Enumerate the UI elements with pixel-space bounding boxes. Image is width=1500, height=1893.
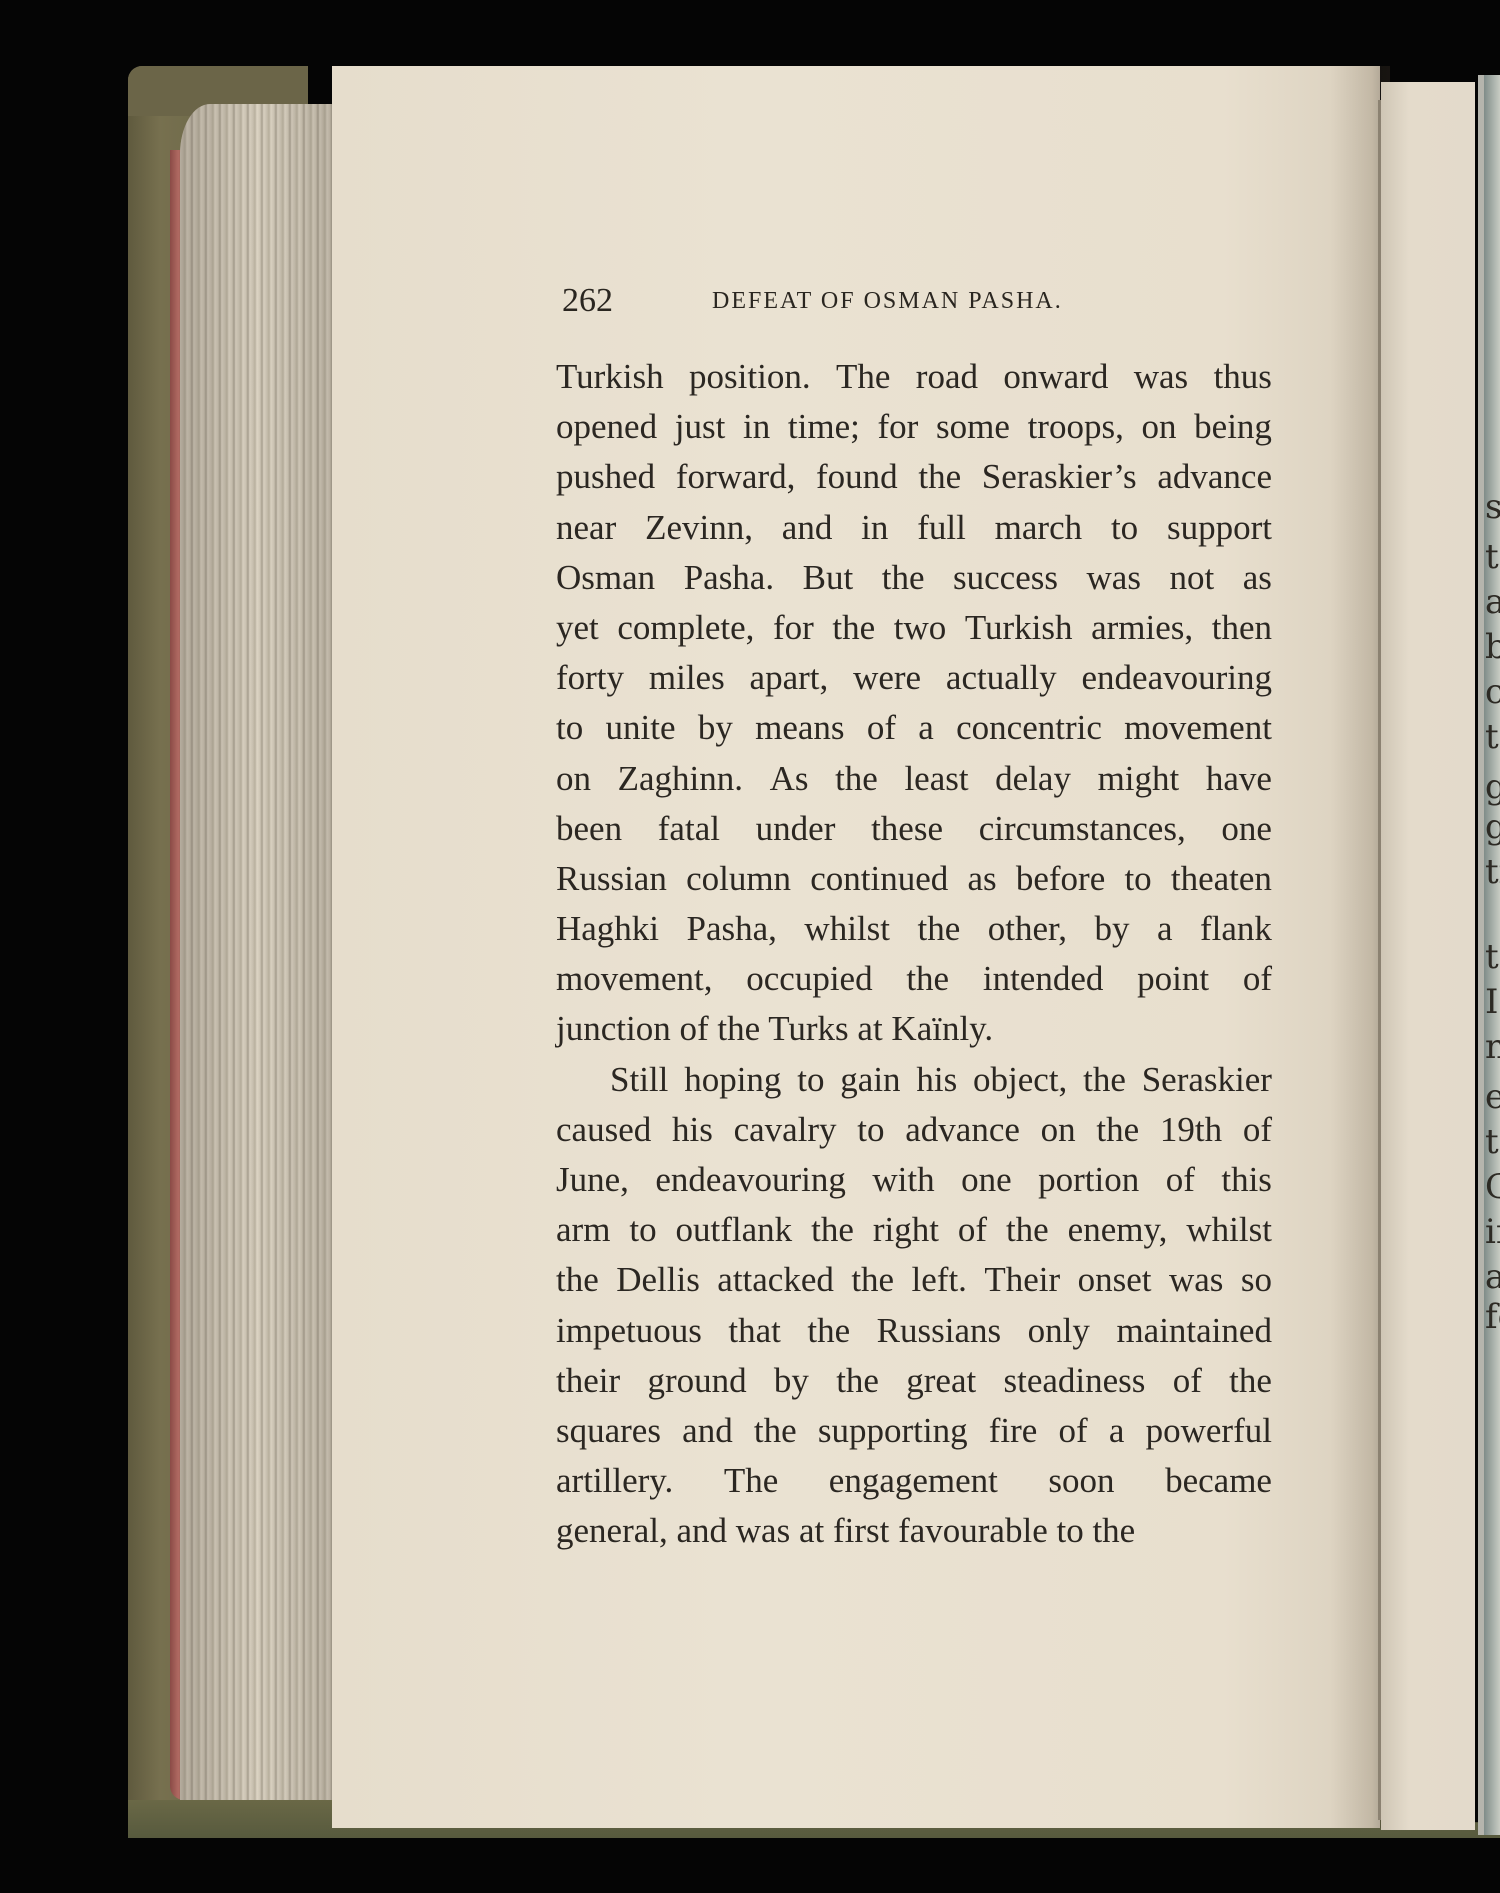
facing-page-letter: G [1485,1170,1500,1204]
text-line: openedjustintime;forsometroops,onbeing [556,402,1272,452]
text-line: theirgroundbythegreatsteadinessofthe [556,1356,1272,1406]
text-line: general, and was at first favourable to … [556,1506,1272,1556]
facing-page-letter: t [1485,940,1499,974]
facing-page-letter: ir [1485,1215,1500,1249]
text-line: nearZevinn,andinfullmarchtosupport [556,503,1272,553]
text-line: impetuousthattheRussiansonlymaintained [556,1306,1272,1356]
facing-page-letter: a [1485,585,1500,619]
text-line: pushedforward,foundtheSeraskier’sadvance [556,452,1272,502]
facing-page-strip [1381,82,1475,1830]
text-line: squaresandthesupportingfireofapowerful [556,1406,1272,1456]
text-line: armtooutflanktherightoftheenemy,whilst [556,1205,1272,1255]
text-line: tounitebymeansofaconcentricmovement [556,703,1272,753]
facing-page-letter: g [1485,770,1500,804]
text-line: HaghkiPasha,whilsttheother,byaflank [556,904,1272,954]
text-line: Turkishposition.Theroadonwardwasthus [556,352,1272,402]
text-line: movement,occupiedtheintendedpointof [556,954,1272,1004]
text-line: artillery.Theengagementsoonbecame [556,1456,1272,1506]
text-line: theDellisattackedtheleft.Theironsetwasso [556,1255,1272,1305]
facing-page-letter: ti [1485,855,1500,889]
running-head: DEFEAT OF OSMAN PASHA. [712,288,1063,315]
facing-page-letter: c [1485,675,1500,709]
facing-page-letter: ar [1485,1260,1500,1294]
facing-page-letter: b [1485,630,1500,664]
text-line: fortymilesapart,wereactuallyendeavouring [556,653,1272,703]
text-line: onZaghinn.Astheleastdelaymighthave [556,754,1272,804]
facing-page-letter: fo [1485,1300,1500,1334]
text-line: OsmanPasha.Butthesuccesswasnotas [556,553,1272,603]
facing-page-text-fragments: stabctggtitInetcGirarfo [1485,0,1500,1893]
facing-page-letter: t [1485,720,1499,754]
text-line: beenfatalunderthesecircumstances,one [556,804,1272,854]
page-edges-shade [180,104,335,1822]
page-number: 262 [562,282,613,320]
facing-page-letter: e [1485,1080,1500,1114]
facing-page-letter: t [1485,540,1499,574]
facing-page-letter: g [1485,810,1500,844]
facing-page-letter: s [1485,490,1500,524]
book-scan: stabctggtitInetcGirarfo 262 DEFEAT OF OS… [0,0,1500,1893]
page-header: 262 DEFEAT OF OSMAN PASHA. [562,282,1262,332]
text-line: June,endeavouringwithoneportionofthis [556,1155,1272,1205]
facing-page-letter: I [1485,985,1498,1019]
text-line: causedhiscavalrytoadvanceonthe19thof [556,1105,1272,1155]
body-text: Turkishposition.Theroadonwardwasthusopen… [556,352,1272,1557]
text-line: Stillhopingtogainhisobject,theSeraskier [556,1055,1272,1105]
facing-page-letter: tc [1485,1125,1500,1159]
text-line: junction of the Turks at Kaïnly. [556,1004,1272,1054]
facing-page-letter: n [1485,1030,1500,1064]
text-line: yetcomplete,forthetwoTurkisharmies,then [556,603,1272,653]
text-line: Russiancolumncontinuedasbeforetotheaten [556,854,1272,904]
